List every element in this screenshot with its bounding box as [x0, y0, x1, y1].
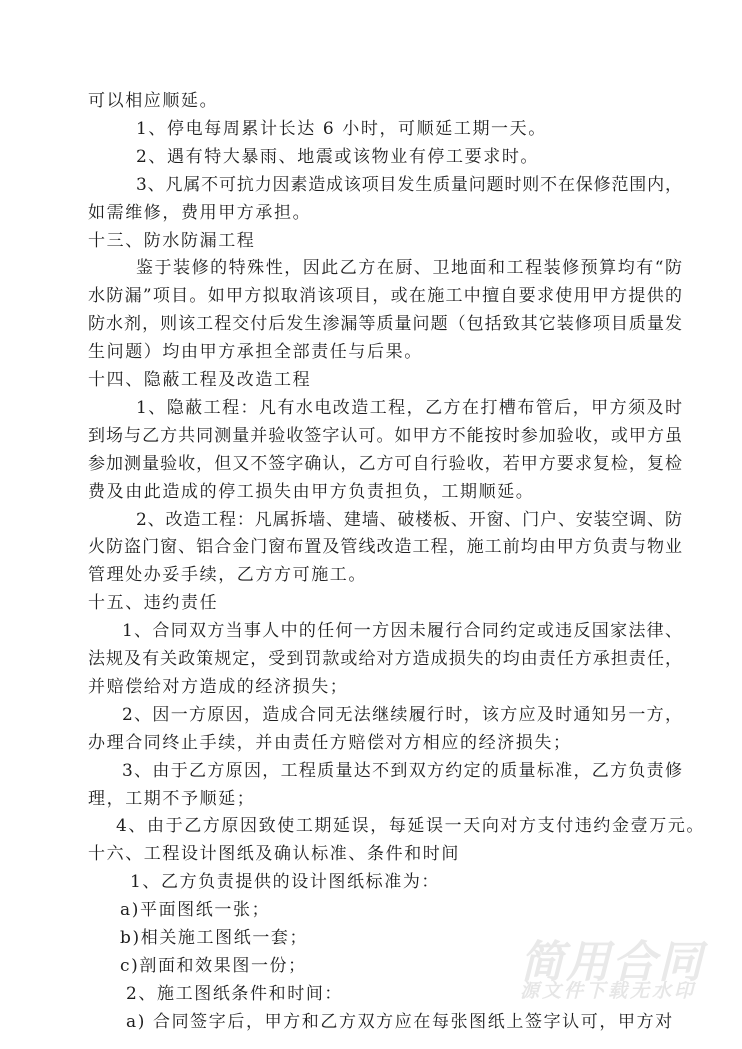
document-line: 2、改造工程：凡属拆墙、建墙、破楼板、开窗、门户、安装空调、防 — [136, 507, 682, 533]
document-line: 可以相应顺延。 — [88, 88, 218, 114]
document-line: 办理合同终止手续，并由责任方赔偿对方相应的经济损失； — [88, 730, 572, 756]
document-line: 管理处办妥手续，乙方方可施工。 — [88, 562, 367, 588]
document-line: 1、乙方负责提供的设计图纸标准为： — [130, 869, 440, 895]
document-line: 3、由于乙方原因，工程质量达不到双方约定的质量标准，乙方负责修 — [122, 758, 682, 784]
document-line: 十四、隐蔽工程及改造工程 — [88, 367, 311, 393]
document-line: 十三、防水防漏工程 — [88, 228, 255, 254]
document-line: a) 合同签字后，甲方和乙方双方应在每张图纸上签字认可，甲方对 — [126, 1009, 674, 1035]
document-line: 法规及有关政策规定，受到罚款或给对方造成损失的均由责任方承担责任， — [88, 646, 682, 672]
document-line: 理，工期不予顺延； — [88, 786, 255, 812]
document-line: 4、由于乙方原因致使工期延误，每延误一天向对方支付违约金壹万元。 — [116, 813, 705, 839]
document-line: 1、合同双方当事人中的任何一方因未履行合同约定或违反国家法律、 — [122, 618, 682, 644]
document-line: 到场与乙方共同测量并验收签字认可。如甲方不能按时参加验收，或甲方虽 — [88, 423, 682, 449]
watermark-subtitle: 源文件下载无水印 — [520, 976, 696, 1003]
document-line: 十五、违约责任 — [88, 590, 218, 616]
document-line: 2、施工图纸条件和时间： — [126, 981, 343, 1007]
document-line: 水防漏”项目。如甲方拟取消该项目，或在施工中擅自要求使用甲方提供的 — [88, 283, 682, 309]
document-line: a)平面图纸一张； — [120, 897, 270, 923]
document-line: 3、凡属不可抗力因素造成该项目发生质量问题时则不在保修范围内， — [136, 172, 682, 198]
document-line: 参加测量验收，但又不签字确认，乙方可自行验收，若甲方要求复检，复检 — [88, 451, 682, 477]
document-line: 2、因一方原因，造成合同无法继续履行时，该方应及时通知另一方， — [122, 702, 682, 728]
document-line: 1、停电每周累计长达 6 小时，可顺延工期一天。 — [136, 116, 547, 142]
document-line: 鉴于装修的特殊性，因此乙方在厨、卫地面和工程装修预算均有“防 — [136, 255, 682, 281]
document-line: 生问题）均由甲方承担全部责任与后果。 — [88, 339, 423, 365]
document-page: 可以相应顺延。1、停电每周累计长达 6 小时，可顺延工期一天。2、遇有特大暴雨、… — [0, 0, 742, 1049]
document-line: 并赔偿给对方造成的经济损失； — [88, 674, 348, 700]
document-line: 火防盗门窗、铝合金门窗布置及管线改造工程，施工前均由甲方负责与物业 — [88, 534, 682, 560]
document-line: 1、隐蔽工程：凡有水电改造工程，乙方在打槽布管后，甲方须及时 — [136, 395, 682, 421]
document-line: b)相关施工图纸一套； — [120, 925, 308, 951]
document-line: 费及由此造成的停工损失由甲方负责担负，工期顺延。 — [88, 479, 534, 505]
document-line: 十六、工程设计图纸及确认标准、条件和时间 — [88, 841, 460, 867]
document-line: 如需维修，费用甲方承担。 — [88, 200, 311, 226]
document-line: c)剖面和效果图一份； — [120, 953, 307, 979]
document-line: 2、遇有特大暴雨、地震或该物业有停工要求时。 — [136, 144, 539, 170]
document-line: 防水剂，则该工程交付后发生渗漏等质量问题（包括致其它装修项目质量发 — [88, 311, 682, 337]
